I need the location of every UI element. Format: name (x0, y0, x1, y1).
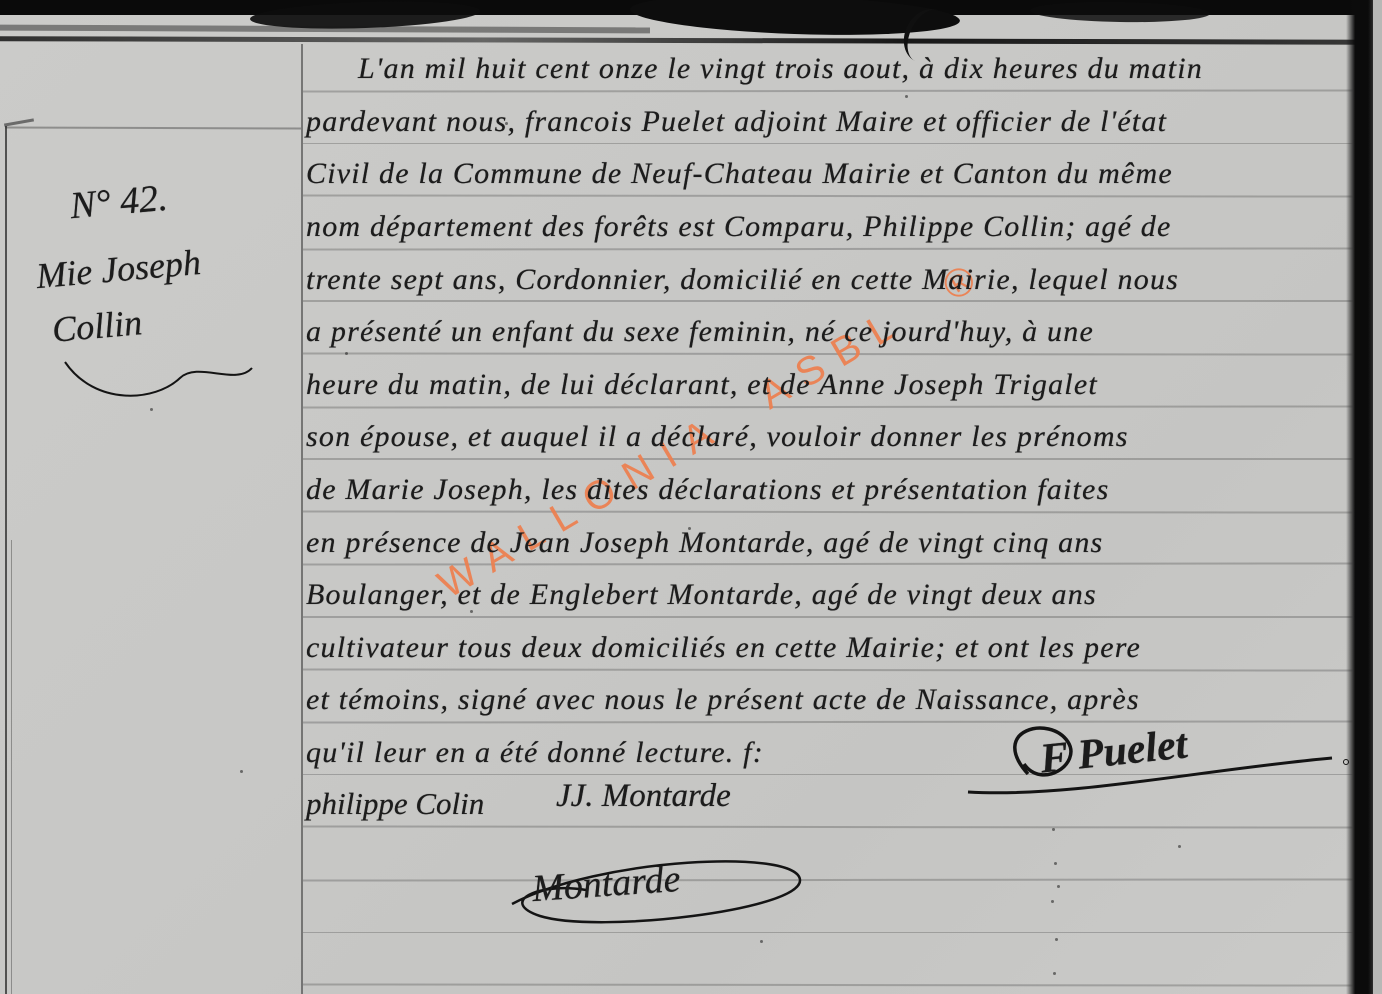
act-line: trente sept ans, Cordonnier, domicilié e… (306, 263, 1179, 297)
dust-speck (1052, 828, 1055, 831)
margin-name-line1: Mie Joseph (34, 241, 202, 297)
dust-speck (505, 122, 508, 125)
margin-act-number: N° 42. (68, 176, 169, 228)
top-ink-rule (0, 36, 1382, 45)
left-margin-line (5, 126, 7, 994)
dust-speck (905, 95, 908, 98)
dust-speck (150, 408, 153, 411)
dust-speck (1051, 900, 1054, 903)
act-line: qu'il leur en a été donné lecture. f: (306, 736, 764, 770)
act-line: a présenté un enfant du sexe feminin, né… (306, 315, 1094, 349)
dust-speck (1178, 845, 1181, 848)
ruled-line (303, 668, 1353, 671)
act-line: heure du matin, de lui déclarant, et de … (306, 368, 1098, 402)
ruled-line (303, 826, 1353, 829)
ruled-line (303, 510, 1353, 513)
left-margin-line-2 (11, 540, 12, 994)
ruled-line (303, 458, 1353, 460)
next-page-edge (1372, 0, 1382, 994)
dust-speck (470, 610, 473, 613)
margin-name-line2: Collin (50, 301, 143, 351)
ruled-line (303, 247, 1353, 250)
act-line: Boulanger, et de Englebert Montarde, agé… (306, 578, 1097, 612)
dust-speck (655, 170, 658, 173)
dust-speck (1053, 972, 1056, 975)
margin-flourish (40, 348, 270, 408)
dust-speck (760, 940, 763, 943)
dust-speck (688, 527, 691, 530)
ruled-line (303, 616, 1353, 618)
ruled-line (303, 195, 1353, 198)
ruled-line (303, 405, 1353, 408)
left-margin-hook (4, 118, 34, 126)
register-scan-page: WALLONIA ASBL ® N° 42. Mie Joseph Collin… (0, 0, 1382, 994)
dust-speck (1054, 862, 1057, 865)
ruled-line (303, 143, 1353, 145)
dust-speck (1055, 938, 1058, 941)
ruled-line (303, 89, 1353, 92)
act-line: Civil de la Commune de Neuf-Chateau Mair… (306, 157, 1173, 191)
act-line: son épouse, et auquel il a déclaré, voul… (306, 420, 1129, 454)
act-line: pardevant nous, francois Puelet adjoint … (306, 105, 1167, 139)
binding-smudge-line (0, 25, 650, 34)
signature-witness1: JJ. Montarde (556, 778, 731, 815)
page-right-edge (1346, 0, 1372, 994)
dust-speck (345, 352, 348, 355)
dust-speck (240, 770, 243, 773)
margin-separator-line (301, 44, 303, 994)
ruled-line (303, 984, 1353, 987)
dust-speck (1057, 885, 1060, 888)
margin-top-rule (5, 126, 301, 129)
act-line: nom département des forêts est Comparu, … (306, 210, 1172, 244)
ruled-line (303, 300, 1353, 302)
act-line: de Marie Joseph, les dites déclarations … (306, 473, 1109, 507)
act-line: cultivateur tous deux domiciliés en cett… (306, 631, 1141, 665)
signature-declarant: philippe Colin (306, 786, 484, 822)
act-line: L'an mil huit cent onze le vingt trois a… (358, 52, 1203, 86)
act-line: en présence de Jean Joseph Montarde, agé… (306, 526, 1103, 560)
